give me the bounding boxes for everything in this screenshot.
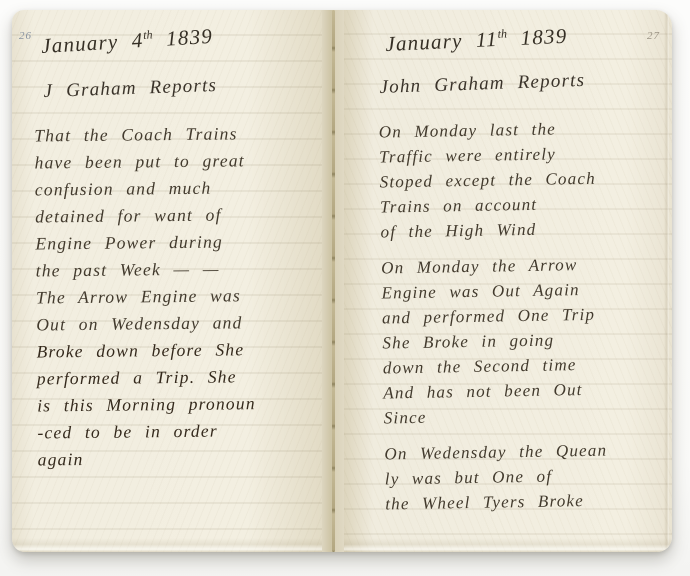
entry-author-left: J Graham Reports	[43, 71, 321, 103]
manuscript-line: Broke down before She	[36, 336, 322, 366]
manuscript-line: the past Week — —	[36, 255, 322, 285]
notebook-page-right: 27 January 11th 1839 John Graham Reports…	[344, 10, 672, 552]
manuscript-line: Out on Wedensday and	[36, 309, 322, 339]
entry-date-day: January 4	[41, 28, 145, 58]
manuscript-line: again	[38, 443, 324, 473]
entry-date-suffix: th	[143, 27, 153, 42]
open-notebook: 26 January 4th 1839 J Graham Reports Tha…	[12, 10, 672, 552]
manuscript-body-left: That the Coach Trainshave been put to gr…	[34, 120, 324, 474]
manuscript-body-right: On Monday last theTraffic were entirelyS…	[378, 114, 672, 516]
entry-date-heading-right: January 11th 1839	[385, 19, 672, 57]
manuscript-line: the Wheel Tyers Broke	[385, 486, 672, 516]
photograph-background: 26 January 4th 1839 J Graham Reports Tha…	[0, 0, 690, 576]
manuscript-line: is this Morning pronoun	[37, 389, 323, 419]
manuscript-line: The Arrow Engine was	[36, 282, 322, 312]
entry-date-year: 1839	[165, 24, 213, 51]
manuscript-line: That the Coach Trains	[34, 120, 320, 150]
entry-author-right: John Graham Reports	[379, 67, 672, 99]
entry-date-suffix: th	[497, 26, 507, 40]
manuscript-line: confusion and much	[35, 174, 321, 204]
manuscript-line: -ced to be in order	[37, 416, 323, 446]
manuscript-line: Engine Power during	[35, 228, 321, 258]
notebook-page-left: 26 January 4th 1839 J Graham Reports Tha…	[12, 10, 322, 552]
manuscript-line: performed a Trip. She	[37, 362, 323, 392]
page-number-left: 26	[19, 30, 32, 42]
entry-date-year: 1839	[520, 24, 568, 50]
manuscript-line: have been put to great	[34, 147, 320, 177]
entry-date-heading-left: January 4th 1839	[41, 17, 322, 59]
entry-date-day: January 11	[385, 27, 498, 56]
book-gutter-binding	[322, 10, 344, 552]
manuscript-line: detained for want of	[35, 201, 321, 231]
binding-thread	[332, 10, 335, 552]
